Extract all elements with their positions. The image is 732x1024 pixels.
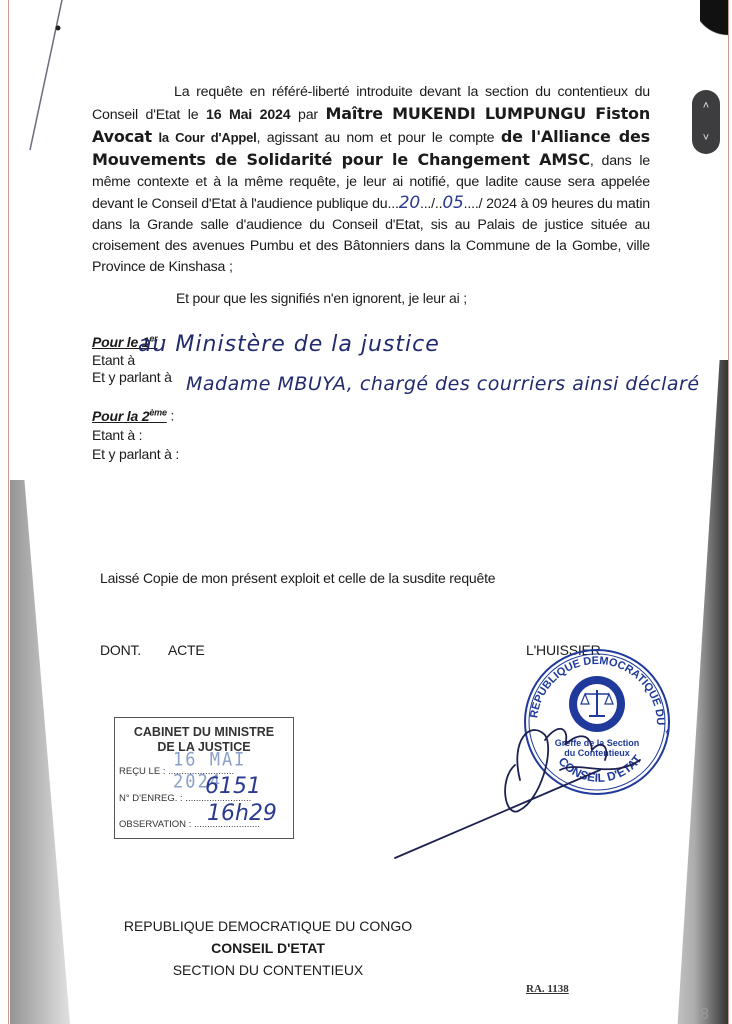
footer-republique: REPUBLIQUE DEMOCRATIQUE DU CONGO bbox=[68, 918, 468, 934]
seal-star: * bbox=[665, 727, 670, 741]
first-etant-label: Etant à bbox=[92, 352, 135, 368]
intro-line: La requête en référé-liberté introduite … bbox=[174, 84, 628, 100]
viewer-frame-right bbox=[728, 0, 729, 1024]
viewer-frame-left bbox=[8, 0, 9, 1024]
filing-date: 16 Mai 2024 bbox=[206, 107, 290, 123]
intro-paragraph: La requête en référé-liberté introduite … bbox=[92, 82, 650, 278]
second-recipient-heading: Pour la 2ème : bbox=[92, 407, 174, 424]
chevron-down-icon[interactable]: ˅ bbox=[696, 133, 716, 144]
first-etant-handwritten: au Ministère de la justice bbox=[138, 332, 440, 357]
observation-label: OBSERVATION : bbox=[119, 819, 194, 830]
heading-colon: : bbox=[167, 408, 174, 424]
hearing-month-handwritten: 05 bbox=[442, 193, 463, 213]
copy-line: Laissé Copie de mon présent exploit et c… bbox=[100, 570, 495, 586]
intro-text: par bbox=[290, 107, 325, 123]
page-corner-shadow bbox=[700, 0, 728, 50]
second-etant-label: Etant à : bbox=[92, 427, 142, 443]
intro-text: , agissant au nom et pour le compte bbox=[257, 130, 501, 146]
stamp-enreg-number: 6151 bbox=[205, 774, 261, 799]
page-nav-control: ˄ ˅ bbox=[692, 90, 720, 154]
heading-sup: ème bbox=[149, 407, 166, 417]
acte-label: ACTE bbox=[168, 642, 205, 658]
stamp-title-1: CABINET DU MINISTRE bbox=[115, 725, 293, 740]
intro-text: .../.. bbox=[420, 196, 442, 212]
dont-label: DONT. bbox=[100, 642, 141, 658]
enreg-label: N° D'ENREG. : bbox=[119, 793, 185, 804]
page-number: 8 bbox=[700, 1006, 709, 1024]
first-parlant-label: Et y parlant à bbox=[92, 369, 172, 385]
reception-stamp: CABINET DU MINISTRE DE LA JUSTICE 16 MAI… bbox=[114, 717, 294, 839]
conseil-etat-seal: REPUBLIQUE DEMOCRATIQUE DU CONGO Greffe … bbox=[515, 642, 680, 802]
hearing-day-handwritten: 20 bbox=[399, 193, 420, 213]
lawyer-name: Maître MUKENDI LUMPUNGU Fiston bbox=[326, 104, 651, 123]
seal-inner-line1: Greffe de la Section bbox=[555, 738, 640, 748]
footer-conseil: CONSEIL D'ETAT bbox=[68, 940, 468, 956]
recu-label: REÇU LE : bbox=[119, 766, 168, 777]
stamp-observation-time: 16h29 bbox=[207, 801, 277, 826]
court-name: la Cour d'Appel bbox=[158, 130, 256, 145]
second-parlant-label: Et y parlant à : bbox=[92, 446, 179, 462]
seal-inner-line2: du Contentieux bbox=[564, 748, 630, 758]
first-parlant-handwritten: Madame MBUYA, chargé des courriers ainsi… bbox=[186, 368, 700, 400]
chevron-up-icon[interactable]: ˄ bbox=[696, 101, 716, 112]
footer-section: SECTION DU CONTENTIEUX bbox=[68, 962, 468, 978]
ra-reference: RA. 1138 bbox=[526, 983, 569, 995]
heading-text: Pour la 2 bbox=[92, 408, 149, 424]
notice-line: Et pour que les signifiés n'en ignorent,… bbox=[176, 290, 467, 306]
lawyer-title: Avocat bbox=[92, 127, 152, 146]
